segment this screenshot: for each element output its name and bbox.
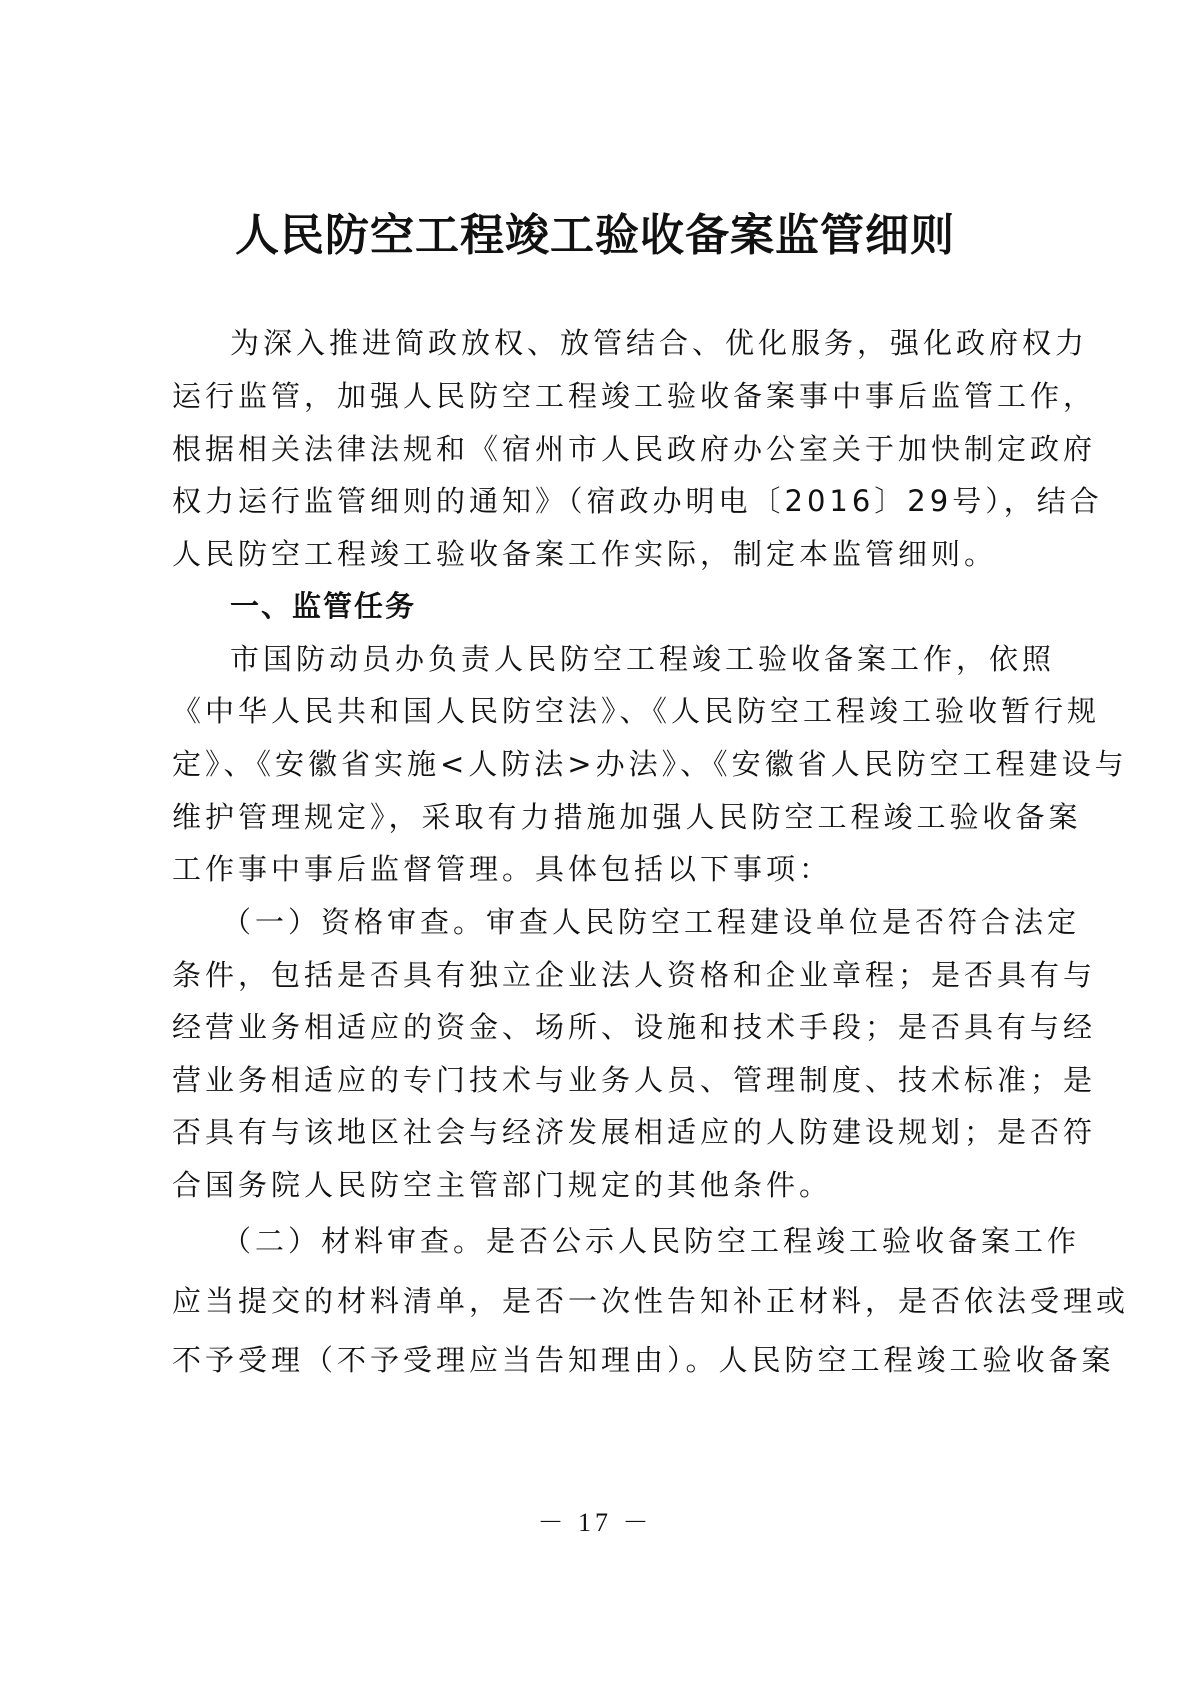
- paragraph-line: 市国防动员办负责人民防空工程竣工验收备案工作，依照: [230, 639, 1032, 679]
- paragraph-line: 不予受理（不予受理应当告知理由）。人民防空工程竣工验收备案: [172, 1340, 1032, 1380]
- paragraph-line: 《中华人民共和国人民防空法》、《人民防空工程竣工验收暂行规: [172, 691, 1032, 731]
- paragraph-line: 工作事中事后监督管理。具体包括以下事项：: [172, 849, 1032, 889]
- paragraph-line: 营业务相适应的专门技术与业务人员、管理制度、技术标准；是: [172, 1060, 1032, 1100]
- paragraph-line: 定》、《安徽省实施<人防法>办法》、《安徽省人民防空工程建设与: [172, 744, 1032, 784]
- paragraph-line: 根据相关法律法规和《宿州市人民政府办公室关于加快制定政府: [172, 429, 1032, 469]
- paragraph-line: 维护管理规定》，采取有力措施加强人民防空工程竣工验收备案: [172, 797, 1032, 837]
- paragraph-line: 运行监管，加强人民防空工程竣工验收备案事中事后监管工作，: [172, 376, 1032, 416]
- paragraph-line: （一）资格审查。审查人民防空工程建设单位是否符合法定: [222, 902, 1032, 942]
- paragraph-line: 合国务院人民防空主管部门规定的其他条件。: [172, 1165, 1032, 1205]
- paragraph-line: 人民防空工程竣工验收备案工作实际，制定本监管细则。: [172, 534, 1032, 574]
- page-number: － 17 －: [0, 1507, 1190, 1539]
- section-heading: 一、监管任务: [230, 586, 1090, 626]
- document-page: 人民防空工程竣工验收备案监管细则 为深入推进简政放权、放管结合、优化服务，强化政…: [0, 0, 1190, 1683]
- paragraph-line: 条件，包括是否具有独立企业法人资格和企业章程；是否具有与: [172, 955, 1032, 995]
- paragraph-line: （二）材料审查。是否公示人民防空工程竣工验收备案工作: [222, 1221, 1032, 1261]
- paragraph-line: 为深入推进简政放权、放管结合、优化服务，强化政府权力: [230, 323, 1032, 363]
- paragraph-line: 经营业务相适应的资金、场所、设施和技术手段；是否具有与经: [172, 1007, 1032, 1047]
- paragraph-line: 应当提交的材料清单，是否一次性告知补正材料，是否依法受理或: [172, 1281, 1032, 1321]
- paragraph-line: 否具有与该地区社会与经济发展相适应的人防建设规划；是否符: [172, 1112, 1032, 1152]
- paragraph-line: 权力运行监管细则的通知》（宿政办明电〔2016〕29号），结合: [172, 481, 1032, 521]
- document-title: 人民防空工程竣工验收备案监管细则: [0, 208, 1190, 264]
